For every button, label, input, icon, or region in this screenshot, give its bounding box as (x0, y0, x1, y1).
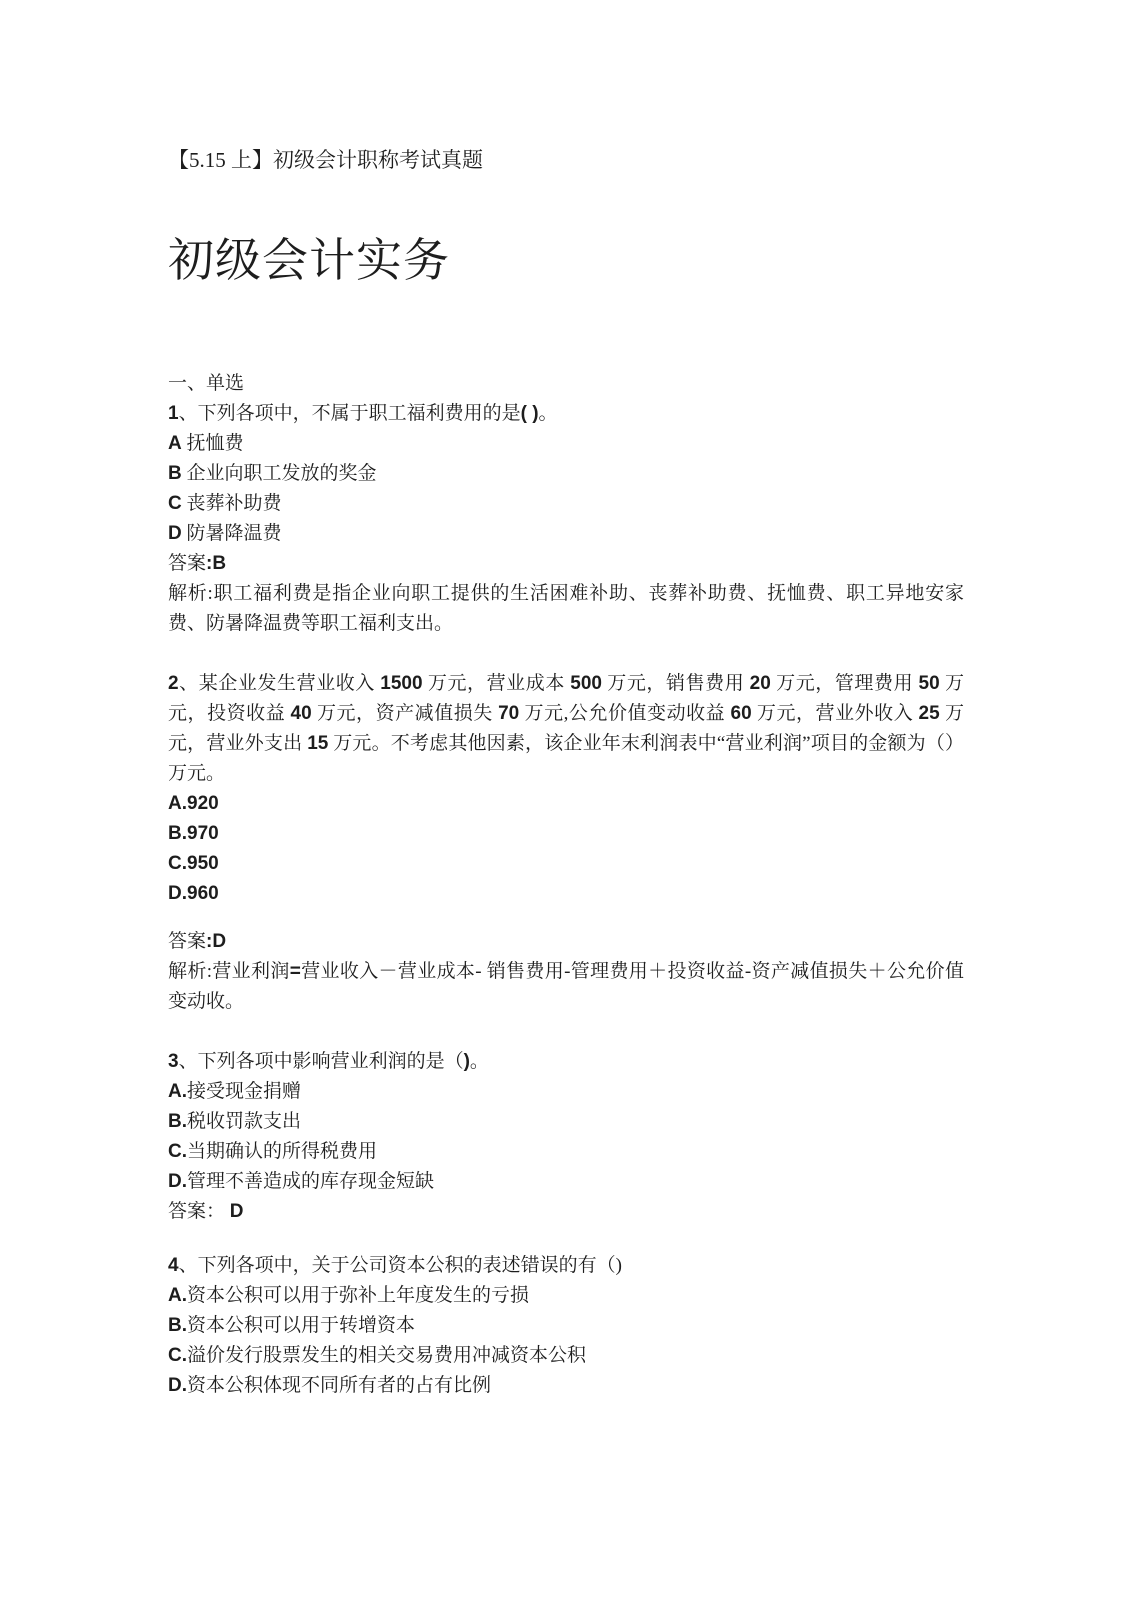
question-3-option-c: C.当期确认的所得税费用 (168, 1137, 964, 1167)
text-segment: 资本公积体现不同所有者的占有比例 (187, 1375, 491, 1396)
text-segment: D (230, 1201, 244, 1222)
question-2-option-c: C.950 (168, 849, 964, 879)
text-segment: 资本公积可以用于弥补上年度发生的亏损 (187, 1285, 529, 1306)
question-3-option-a: A.接受现金捐赠 (168, 1077, 964, 1107)
page-title: 初级会计实务 (168, 233, 964, 289)
text-segment: ( ) (521, 403, 539, 424)
text-segment: 答案 (168, 931, 206, 952)
question-1-option-b: B 企业向职工发放的奖金 (168, 459, 964, 489)
question-1-option-c: C 丧葬补助费 (168, 489, 964, 519)
text-segment: A (168, 433, 182, 454)
text-segment: 15 (307, 733, 328, 754)
text-segment: 3 (168, 1051, 179, 1072)
text-segment: = (290, 961, 301, 982)
text-segment: 解析:职工福利费是指企业向职工提供的生活困难补助、丧葬补助费、抚恤费、职工异地安… (168, 583, 964, 634)
text-segment: C. (168, 1345, 187, 1366)
text-segment: 万元，销售费用 (602, 673, 750, 694)
text-segment: 防暑降温费 (182, 523, 282, 544)
text-segment: 60 (731, 703, 752, 724)
text-segment: 4 (168, 1255, 179, 1276)
question-4-option-b: B.资本公积可以用于转增资本 (168, 1311, 964, 1341)
text-segment: C. (168, 1141, 187, 1162)
question-3-option-d: D.管理不善造成的库存现金短缺 (168, 1167, 964, 1197)
question-2-option-b: B.970 (168, 819, 964, 849)
text-segment: 、某企业发生营业收入 (179, 673, 381, 694)
question-2-answer: 答案:D (168, 927, 964, 957)
section-label: 一、单选 (168, 369, 964, 399)
text-segment: 溢价发行股票发生的相关交易费用冲减资本公积 (187, 1345, 586, 1366)
text-segment: 2 (168, 673, 179, 694)
text-segment: 企业向职工发放的奖金 (182, 463, 377, 484)
text-segment: 1500 (380, 673, 422, 694)
text-segment: 管理不善造成的库存现金短缺 (187, 1171, 434, 1192)
question-1: 1、下列各项中，不属于职工福利费用的是( )。 A 抚恤费 B 企业向职工发放的… (168, 399, 964, 639)
text-segment: B. (168, 1315, 187, 1336)
text-segment: 1 (168, 403, 179, 424)
question-2-analysis: 解析:营业利润=营业收入－营业成本- 销售费用-管理费用＋投资收益-资产减值损失… (168, 957, 964, 1017)
question-4-option-d: D.资本公积体现不同所有者的占有比例 (168, 1371, 964, 1401)
question-1-stem: 1、下列各项中，不属于职工福利费用的是( )。 (168, 399, 964, 429)
text-segment: 、下列各项中影响营业利润的是（ (179, 1051, 464, 1072)
text-segment: :B (206, 553, 226, 574)
text-segment: 、下列各项中，关于公司资本公积的表述错误的有（) (179, 1255, 622, 1276)
text-segment: 资本公积可以用于转增资本 (187, 1315, 415, 1336)
text-segment: 万元，营业成本 (423, 673, 571, 694)
question-4: 4、下列各项中，关于公司资本公积的表述错误的有（) A.资本公积可以用于弥补上年… (168, 1251, 964, 1401)
text-segment: 50 (919, 673, 940, 694)
text-segment: 、下列各项中，不属于职工福利费用的是 (179, 403, 521, 424)
text-segment: 万元，管理费用 (771, 673, 919, 694)
text-segment: A.920 (168, 793, 219, 814)
text-segment: B (168, 463, 182, 484)
text-segment: 税收罚款支出 (187, 1111, 301, 1132)
text-segment: 万元，资产减值损失 (312, 703, 498, 724)
text-segment: D (168, 523, 182, 544)
text-segment: 万元，营业外收入 (752, 703, 919, 724)
text-segment: C (168, 493, 182, 514)
question-4-option-c: C.溢价发行股票发生的相关交易费用冲减资本公积 (168, 1341, 964, 1371)
text-segment: D. (168, 1171, 187, 1192)
text-segment: 70 (498, 703, 519, 724)
text-segment: D. (168, 1375, 187, 1396)
text-segment: 万元,公允价值变动收益 (519, 703, 730, 724)
question-1-option-d: D 防暑降温费 (168, 519, 964, 549)
question-2-stem: 2、某企业发生营业收入 1500 万元，营业成本 500 万元，销售费用 20 … (168, 669, 964, 789)
question-2-option-d: D.960 (168, 879, 964, 909)
text-segment: B. (168, 1111, 187, 1132)
text-segment: D.960 (168, 883, 219, 904)
question-1-analysis: 解析:职工福利费是指企业向职工提供的生活困难补助、丧葬补助费、抚恤费、职工异地安… (168, 579, 964, 639)
text-segment: 20 (750, 673, 771, 694)
text-segment: 答案 (168, 553, 206, 574)
document-page: 【5.15 上】初级会计职称考试真题 初级会计实务 一、单选 1、下列各项中，不… (0, 0, 1131, 1600)
question-1-answer: 答案:B (168, 549, 964, 579)
question-4-stem: 4、下列各项中，关于公司资本公积的表述错误的有（) (168, 1251, 964, 1281)
text-segment: B.970 (168, 823, 219, 844)
text-segment: 解析:营业利润 (168, 961, 290, 982)
question-3-option-b: B.税收罚款支出 (168, 1107, 964, 1137)
text-segment: 500 (570, 673, 602, 694)
text-segment: 丧葬补助费 (182, 493, 282, 514)
question-2-option-a: A.920 (168, 789, 964, 819)
question-2: 2、某企业发生营业收入 1500 万元，营业成本 500 万元，销售费用 20 … (168, 669, 964, 1017)
question-3-stem: 3、下列各项中影响营业利润的是（)。 (168, 1047, 964, 1077)
text-segment: 抚恤费 (182, 433, 244, 454)
text-segment: 40 (291, 703, 312, 724)
text-segment: 。 (470, 1051, 489, 1072)
text-segment: 当期确认的所得税费用 (187, 1141, 377, 1162)
document-content: 【5.15 上】初级会计职称考试真题 初级会计实务 一、单选 1、下列各项中，不… (168, 0, 964, 1401)
question-3-answer: 答案： D (168, 1197, 964, 1227)
text-segment: 25 (919, 703, 940, 724)
document-header: 【5.15 上】初级会计职称考试真题 (168, 145, 964, 175)
text-segment: 。 (539, 403, 558, 424)
text-segment: A. (168, 1081, 187, 1102)
question-3: 3、下列各项中影响营业利润的是（)。 A.接受现金捐赠 B.税收罚款支出 C.当… (168, 1047, 964, 1227)
text-segment: 接受现金捐赠 (187, 1081, 301, 1102)
question-4-option-a: A.资本公积可以用于弥补上年度发生的亏损 (168, 1281, 964, 1311)
text-segment: :D (206, 931, 226, 952)
text-segment: 答案： (168, 1201, 230, 1222)
text-segment: A. (168, 1285, 187, 1306)
question-1-option-a: A 抚恤费 (168, 429, 964, 459)
text-segment: C.950 (168, 853, 219, 874)
